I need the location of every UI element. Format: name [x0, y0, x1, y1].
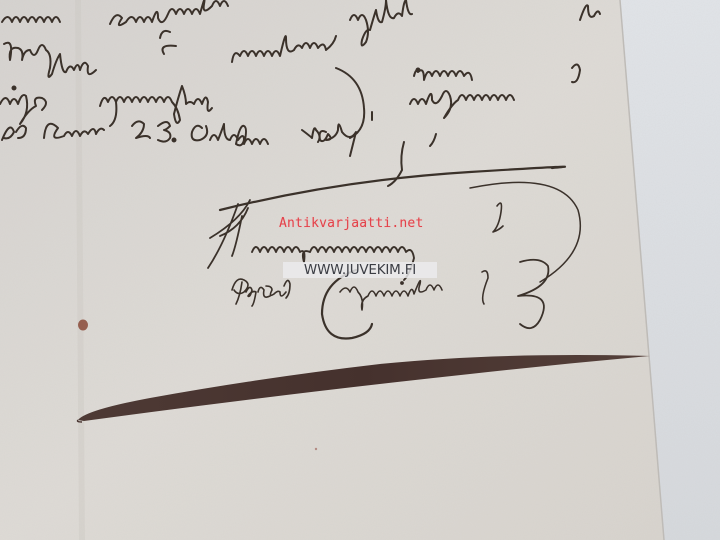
ink-stain [78, 320, 88, 331]
watermark-juvekim: WWW.JUVEKIM.FI [283, 262, 437, 278]
watermark-antikvarjaatti: Antikvarjaatti.net [279, 216, 423, 231]
